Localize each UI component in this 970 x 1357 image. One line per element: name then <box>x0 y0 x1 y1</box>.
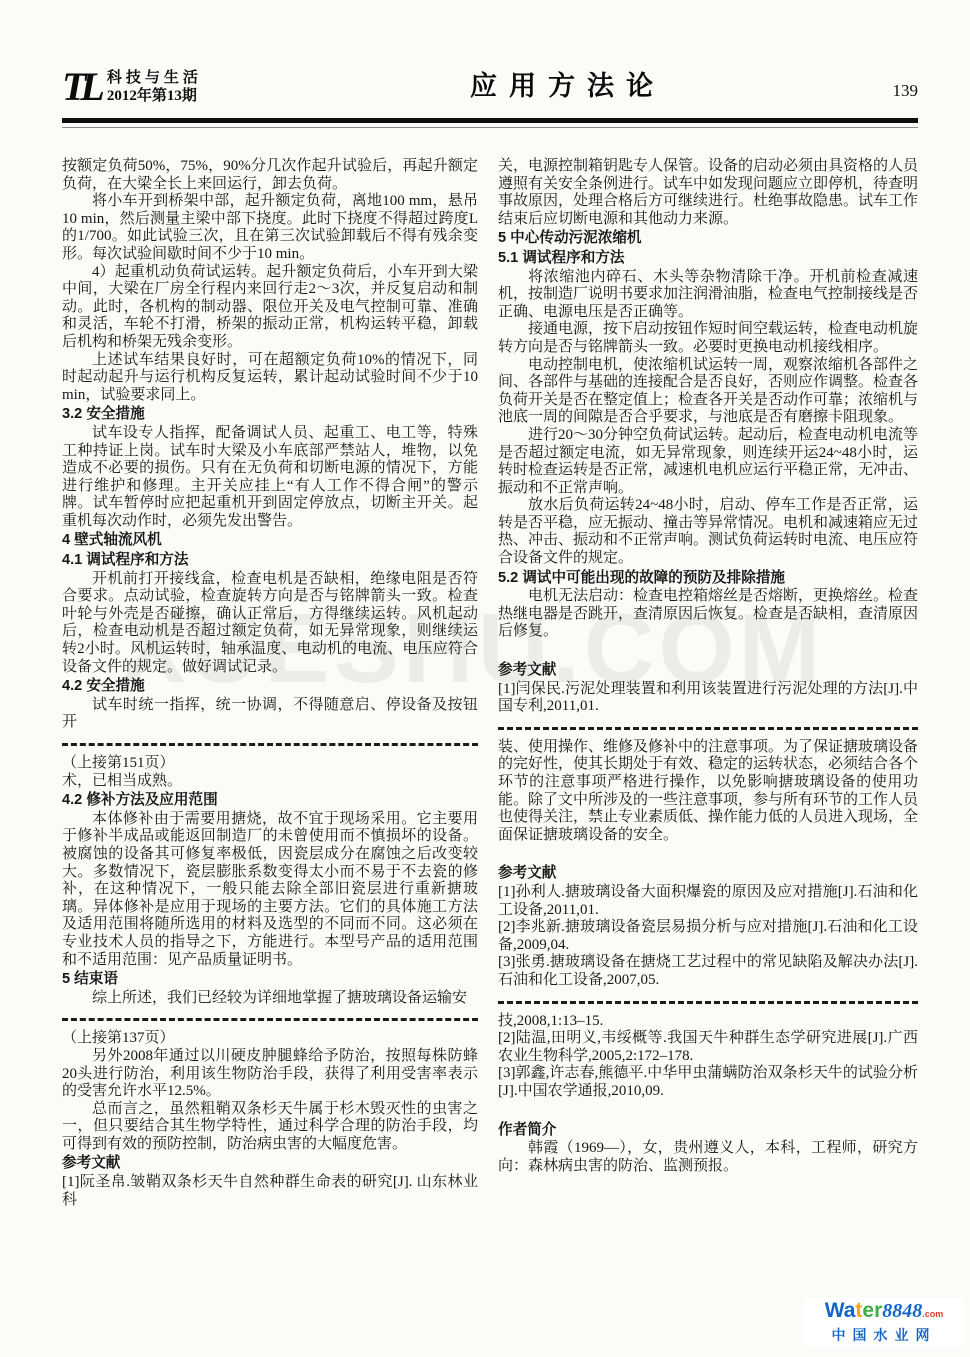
paragraph: 上述试车结果良好时，可在超额定负荷10%的情况下，同时起动起升与运行机构反复运转… <box>62 352 478 405</box>
section-heading: 5 结束语 <box>62 971 478 989</box>
header-rule-thick <box>62 118 918 123</box>
journal-title-block: 科技与生活 2012年第13期 <box>107 69 202 105</box>
paragraph: 综上所述，我们已经较为详细地掌握了搪玻璃设备运输安 <box>62 990 478 1008</box>
paragraph: 电机无法启动：检查电控箱熔丝是否熔断，更换熔丝。检查热继电器是否跳开，查清原因后… <box>498 588 918 641</box>
journal-issue: 2012年第13期 <box>107 87 202 105</box>
paragraph: 另外2008年通过以川硬皮肿腿蜂给予防治，按照每株防蜂20头进行防治，利用该生物… <box>62 1048 478 1101</box>
logo-wordmark: Water8848.com <box>804 1300 964 1325</box>
paragraph: 4）起重机动负荷试运转。起升额定负荷后，小车开到大梁中间，大梁在厂房全行程内来回… <box>62 264 478 352</box>
reference-entry: 技,2008,1:13–15. <box>498 1013 918 1031</box>
paragraph: 本体修补由于需要用搪烧，故不宜于现场采用。它主要用于修补半成品或能返回制造厂的未… <box>62 811 478 969</box>
paragraph: 韩霞（1969—），女，贵州遵义人，本科，工程师，研究方向：森林病虫害的防治、监… <box>498 1140 918 1175</box>
paragraph: 试车设专人指挥，配备调试人员、起重工、电工等，特殊工种持证上岗。试车时大梁及小车… <box>62 425 478 531</box>
spacer <box>498 1101 918 1120</box>
reference-entry: [2]陆温,田明义,韦绥概等.我国天牛种群生态学研究进展[J].广西农业生物科学… <box>498 1030 918 1065</box>
water8848-logo: Water8848.com 中国水业网 <box>804 1298 964 1347</box>
dashed-divider <box>62 1018 478 1021</box>
paragraph: 进行20～30分钟空负荷试运转。起动后，检查电动机电流等是否超过额定电流，如无异… <box>498 427 918 497</box>
page-header: TL 科技与生活 2012年第13期 应用方法论 139 <box>62 64 918 105</box>
continuation-note: （上接第151页） <box>62 755 478 773</box>
page-number: 139 <box>858 81 918 105</box>
paragraph: 将浓缩池内碎石、木头等杂物清除干净。开机前检查减速机，按制造厂说明书要求加注润滑… <box>498 269 918 322</box>
section-heading: 4.2 修补方法及应用范围 <box>62 792 478 810</box>
paragraph: 接通电源，按下启动按钮作短时间空载运转，检查电动机旋转方向是否与铭牌箭头一致。必… <box>498 321 918 356</box>
reference-entry: [3]郭鑫,许志春,熊德平.中华甲虫蒲螨防治双条杉天牛的试验分析[J].中国农学… <box>498 1065 918 1100</box>
reference-entry: [1]孙利人.搪玻璃设备大面积爆瓷的原因及应对措施[J].石油和化工设备,201… <box>498 884 918 919</box>
logo-segment: er <box>862 1299 882 1322</box>
section-heading: 参考文献 <box>498 865 918 883</box>
paragraph-continuation: 按额定负荷50%，75%，90%分几次作起升试验后，再起升额定负荷，在大梁全长上… <box>62 158 478 193</box>
paragraph: 将小车开到桥架中部，起升额定负荷，离地100 mm，悬吊10 min，然后测量主… <box>62 193 478 263</box>
section-heading: 3.2 安全措施 <box>62 406 478 424</box>
header-rule-thin <box>62 127 918 128</box>
logo-segment: 8848 <box>882 1300 922 1322</box>
left-column: 按额定负荷50%，75%，90%分几次作起升试验后，再起升额定负荷，在大梁全长上… <box>62 158 478 1209</box>
article-columns: 按额定负荷50%，75%，90%分几次作起升试验后，再起升额定负荷，在大梁全长上… <box>62 158 918 1209</box>
paragraph: 总而言之，虽然粗鞘双条杉天牛属于杉木毁灭性的虫害之一，但只要结合其生物学特性，通… <box>62 1101 478 1154</box>
section-title: 应用方法论 <box>277 64 858 105</box>
logo-segment: .com <box>922 1309 943 1319</box>
reference-entry: [3]张勇.搪玻璃设备在搪烧工艺过程中的常见缺陷及解决办法[J].石油和化工设备… <box>498 954 918 989</box>
section-heading: 参考文献 <box>62 1155 478 1173</box>
spacer <box>498 641 918 660</box>
reference-entry: [1]闫保民.污泥处理装置和利用该装置进行污泥处理的方法[J].中国专利,201… <box>498 681 918 716</box>
spacer <box>498 844 918 863</box>
paragraph: 电动控制电机，使浓缩机试运转一周，观察浓缩机各部件之间、各部件与基础的连接配合是… <box>498 357 918 427</box>
journal-masthead: TL 科技与生活 2012年第13期 <box>62 69 277 105</box>
dashed-divider <box>62 743 478 746</box>
paragraph-continuation: 术，已相当成熟。 <box>62 773 478 791</box>
section-heading: 4.2 安全措施 <box>62 678 478 696</box>
reference-entry: [2]李兆新.搪玻璃设备瓷层易损分析与应对措施[J].石油和化工设备,2009,… <box>498 919 918 954</box>
logo-tagline: 中国水业网 <box>804 1326 964 1344</box>
section-heading: 4 壁式轴流风机 <box>62 532 478 550</box>
paragraph: 开机前打开接线盒，检查电机是否缺相，绝缘电阻是否符合要求。点动试验，检查旋转方向… <box>62 571 478 677</box>
section-heading: 5.2 调试中可能出现的故障的预防及排除措施 <box>498 570 918 588</box>
paragraph: 试车时统一指挥，统一协调，不得随意启、停设备及按钮开 <box>62 697 478 732</box>
paragraph: 放水后负荷运转24~48小时，启动、停车工作是否正常，运转是否平稳，应无振动、撞… <box>498 497 918 567</box>
section-heading: 参考文献 <box>498 662 918 680</box>
continuation-note: （上接第137页） <box>62 1030 478 1048</box>
section-heading: 5.1 调试程序和方法 <box>498 250 918 268</box>
journal-logo-icon: TL <box>62 70 99 104</box>
logo-segment: Wa <box>825 1299 856 1322</box>
section-heading: 5 中心传动污泥浓缩机 <box>498 230 918 248</box>
section-heading: 作者简介 <box>498 1122 918 1140</box>
journal-name: 科技与生活 <box>107 69 202 87</box>
paragraph-continuation: 装、使用操作、维修及修补中的注意事项。为了保证搪玻璃设备的完好性，使其长期处于有… <box>498 739 918 845</box>
dashed-divider <box>498 1001 918 1004</box>
section-heading: 4.1 调试程序和方法 <box>62 552 478 570</box>
dashed-divider <box>498 727 918 730</box>
right-column: 关，电源控制箱钥匙专人保管。设备的启动必须由具资格的人员遵照有关安全条例进行。试… <box>498 158 918 1209</box>
paragraph-continuation: 关，电源控制箱钥匙专人保管。设备的启动必须由具资格的人员遵照有关安全条例进行。试… <box>498 158 918 228</box>
reference-entry: [1]阮圣帛.皱鞘双条杉天牛自然种群生命表的研究[J]. 山东林业科 <box>62 1174 478 1209</box>
journal-page: XUESHU.COM TL 科技与生活 2012年第13期 应用方法论 139 … <box>0 0 970 1357</box>
